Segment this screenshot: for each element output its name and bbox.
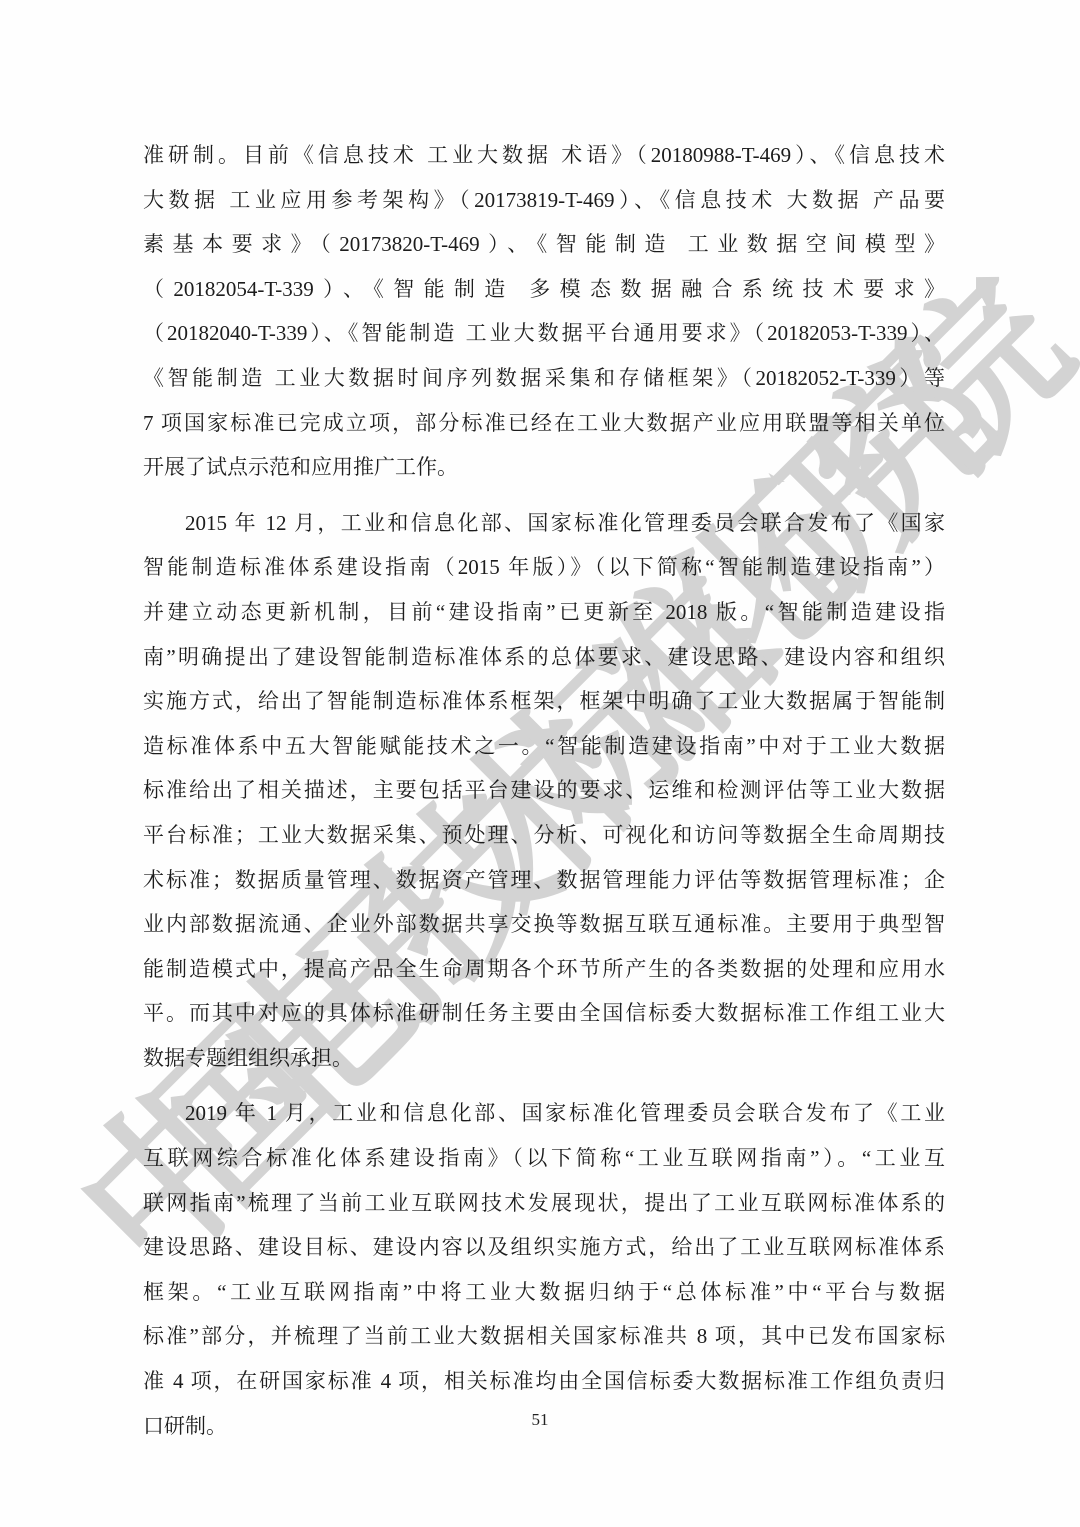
text-line: 2015 年 12 月，工业和信息化部、国家标准化管理委员会联合发布了《国家 <box>143 501 945 546</box>
paragraph-2: 2015 年 12 月，工业和信息化部、国家标准化管理委员会联合发布了《国家 智… <box>143 501 945 1081</box>
paragraph-3: 2019 年 1 月，工业和信息化部、国家标准化管理委员会联合发布了《工业 互联… <box>143 1091 945 1448</box>
text-line: （20182040-T-339）、《智能制造 工业大数据平台通用要求》（2018… <box>143 311 945 356</box>
text-line: 智能制造标准体系建设指南（2015 年版）》（以下简称“智能制造建设指南”） <box>143 545 945 590</box>
text-line: 并建立动态更新机制，目前“建设指南”已更新至 2018 版。“智能制造建设指 <box>143 590 945 635</box>
text-line: 准研制。目前《信息技术 工业大数据 术语》（20180988-T-469）、《信… <box>143 133 945 178</box>
text-line: 能制造模式中，提高产品全生命周期各个环节所产生的各类数据的处理和应用水 <box>143 947 945 992</box>
text-line: 建设思路、建设目标、建设内容以及组织实施方式，给出了工业互联网标准体系 <box>143 1225 945 1270</box>
page-content: 准研制。目前《信息技术 工业大数据 术语》（20180988-T-469）、《信… <box>143 133 945 1448</box>
paragraph-1: 准研制。目前《信息技术 工业大数据 术语》（20180988-T-469）、《信… <box>143 133 945 490</box>
text-line: 业内部数据流通、企业外部数据共享交换等数据互联互通标准。主要用于典型智 <box>143 902 945 947</box>
text-line: 开展了试点示范和应用推广工作。 <box>143 445 945 490</box>
text-line: 数据专题组组织承担。 <box>143 1036 945 1081</box>
text-line: 《智能制造 工业大数据时间序列数据采集和存储框架》（20182052-T-339… <box>143 356 945 401</box>
text-line: 互联网综合标准化体系建设指南》（以下简称“工业互联网指南”）。“工业互 <box>143 1136 945 1181</box>
text-line: 平。而其中对应的具体标准研制任务主要由全国信标委大数据标准工作组工业大 <box>143 991 945 1036</box>
text-line: 术标准；数据质量管理、数据资产管理、数据管理能力评估等数据管理标准；企 <box>143 858 945 903</box>
text-line: （20182054-T-339）、《智能制造 多模态数据融合系统技术要求》 <box>143 267 945 312</box>
text-line: 7 项国家标准已完成立项，部分标准已经在工业大数据产业应用联盟等相关单位 <box>143 401 945 446</box>
text-line: 2019 年 1 月，工业和信息化部、国家标准化管理委员会联合发布了《工业 <box>143 1091 945 1136</box>
text-line: 实施方式，给出了智能制造标准体系框架，框架中明确了工业大数据属于智能制 <box>143 679 945 724</box>
text-line: 造标准体系中五大智能赋能技术之一。“智能制造建设指南”中对于工业大数据 <box>143 724 945 769</box>
text-line: 大数据 工业应用参考架构》（20173819-T-469）、《信息技术 大数据 … <box>143 178 945 223</box>
text-line: 南”明确提出了建设智能制造标准体系的总体要求、建设思路、建设内容和组织 <box>143 635 945 680</box>
text-line: 标准给出了相关描述，主要包括平台建设的要求、运维和检测评估等工业大数据 <box>143 768 945 813</box>
text-line: 准 4 项，在研国家标准 4 项，相关标准均由全国信标委大数据标准工作组负责归 <box>143 1359 945 1404</box>
document-page: 中国电子技术标准化研究院 准研制。目前《信息技术 工业大数据 术语》（20180… <box>0 0 1080 1527</box>
text-line: 标准”部分，并梳理了当前工业大数据相关国家标准共 8 项，其中已发布国家标 <box>143 1314 945 1359</box>
text-line: 联网指南”梳理了当前工业互联网技术发展现状，提出了工业互联网标准体系的 <box>143 1181 945 1226</box>
text-line: 平台标准；工业大数据采集、预处理、分析、可视化和访问等数据全生命周期技 <box>143 813 945 858</box>
text-line: 素基本要求》（20173820-T-469）、《智能制造 工业数据空间模型》 <box>143 222 945 267</box>
text-line: 框架。“工业互联网指南”中将工业大数据归纳于“总体标准”中“平台与数据 <box>143 1270 945 1315</box>
page-number: 51 <box>0 1410 1080 1430</box>
